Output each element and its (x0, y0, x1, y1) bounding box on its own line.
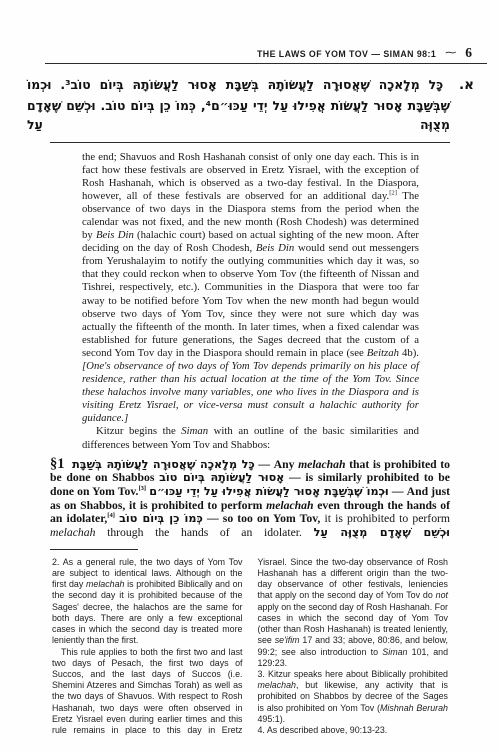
text-segment: This rule applies to both the first two … (52, 647, 243, 735)
footnotes: 2. As a general rule, the two days of Yo… (52, 557, 448, 736)
header-ornament-icon: ⁓ (445, 46, 456, 59)
text-segment: melachah (50, 526, 95, 539)
text-segment: Beis Din (96, 229, 134, 241)
hebrew-divider-rule (50, 142, 450, 143)
text-segment: would send out messengers from Yerushala… (82, 242, 419, 359)
text-segment: the end; Shavuos and Rosh Hashanah consi… (82, 151, 419, 202)
text-segment: Beitzah (367, 347, 399, 359)
hebrew-phrase: כְּמוֹ כֵן בְּיוֹם טוֹב (119, 512, 203, 525)
section-number: §1 (50, 456, 69, 472)
text-segment: Siman (382, 647, 407, 657)
text-segment: — so too on Yom Tov, (203, 512, 325, 525)
text-segment: 495:1). (258, 714, 286, 724)
footnote-2: 2. As a general rule, the two days of Yo… (52, 557, 243, 647)
hebrew-phrase: אָסוּר לַעֲשׂוֹתָהּ בְּיוֹם טוֹב (159, 471, 284, 484)
footnote-column-right: Yisrael. Since the two-day observance of… (258, 557, 449, 736)
footnote-2-continuation: Yisrael. Since the two-day observance of… (258, 557, 449, 669)
text-segment: 3. Kitzur speaks here about Biblically p… (258, 669, 449, 679)
text-segment: 4b). (399, 347, 419, 359)
footnote-ref-2: [2] (389, 189, 397, 196)
text-segment: melachah (86, 579, 124, 589)
section-1-paragraph: §1 כָּל מְלָאכָה שֶׁאֲסוּרָה לַעֲשׂוֹתָה… (50, 458, 450, 540)
section-1-elucidation: §1 כָּל מְלָאכָה שֶׁאֲסוּרָה לַעֲשׂוֹתָה… (50, 458, 450, 540)
text-segment: not (436, 590, 448, 600)
text-segment: melachah (258, 680, 296, 690)
book-page: THE LAWS OF YOM TOV — SIMAN 98:1 ⁓ 6 א. … (0, 0, 500, 750)
text-segment: Mishnah Berurah (380, 703, 448, 713)
footnote-3: 3. Kitzur speaks here about Biblically p… (258, 669, 449, 725)
text-segment: Yisrael. Since the two-day observance of… (258, 557, 449, 601)
hebrew-phrase: וּכְמוֹ שֶׁבְּשַׁבָּת אָסוּר לַעֲשׂוֹת א… (149, 485, 389, 498)
hebrew-main-text: א. כָּל מְלָאכָה שֶׁאֲסוּרָה לַעֲשׂוֹתָה… (27, 75, 450, 135)
text-segment: Beis Din (256, 242, 294, 254)
text-segment: melachah (298, 458, 345, 471)
commentary-intro: the end; Shavuos and Rosh Hashanah consi… (82, 151, 419, 452)
text-segment: [One's observance of two days of Yom Tov… (82, 360, 419, 424)
text-segment: Siman (181, 425, 208, 437)
intro-paragraph-2: Kitzur begins the Siman with an outline … (82, 425, 419, 451)
header-rule (45, 63, 487, 64)
hebrew-section-marker: א. (459, 77, 474, 93)
page-number: 6 (465, 45, 472, 61)
footnote-separator-rule (50, 549, 138, 550)
text-segment: through the hands of an idolater. (95, 526, 313, 539)
hebrew-phrase: וּכְשֵׁם שֶׁאָדָם מְצֻוֶּה עַל (314, 526, 450, 539)
text-segment: melachah (266, 499, 313, 512)
text-segment: — Any (255, 458, 298, 471)
footnote-ref-4: [4] (107, 513, 115, 520)
running-header: THE LAWS OF YOM TOV — SIMAN 98:1 ⁓ 6 (46, 45, 472, 61)
intro-paragraph-1: the end; Shavuos and Rosh Hashanah consi… (82, 151, 419, 426)
footnote-4: 4. As described above, 90:13-23. (258, 725, 449, 736)
footnote-column-left: 2. As a general rule, the two days of Yo… (52, 557, 243, 736)
text-segment: 4. As described above, 90:13-23. (258, 725, 388, 735)
running-head-title: THE LAWS OF YOM TOV — SIMAN 98:1 (257, 49, 436, 59)
hebrew-text: כָּל מְלָאכָה שֶׁאֲסוּרָה לַעֲשׂוֹתָהּ ב… (27, 77, 450, 132)
hebrew-phrase: כָּל מְלָאכָה שֶׁאֲסוּרָה לַעֲשׂוֹתָהּ ב… (72, 458, 255, 471)
text-segment: se'ifim (275, 635, 300, 645)
text-segment: Kitzur begins the (96, 425, 181, 437)
footnote-ref-3: [3] (138, 485, 146, 492)
text-segment: it is prohibited to perform (324, 512, 450, 525)
footnote-2-continued: This rule applies to both the first two … (52, 647, 243, 737)
